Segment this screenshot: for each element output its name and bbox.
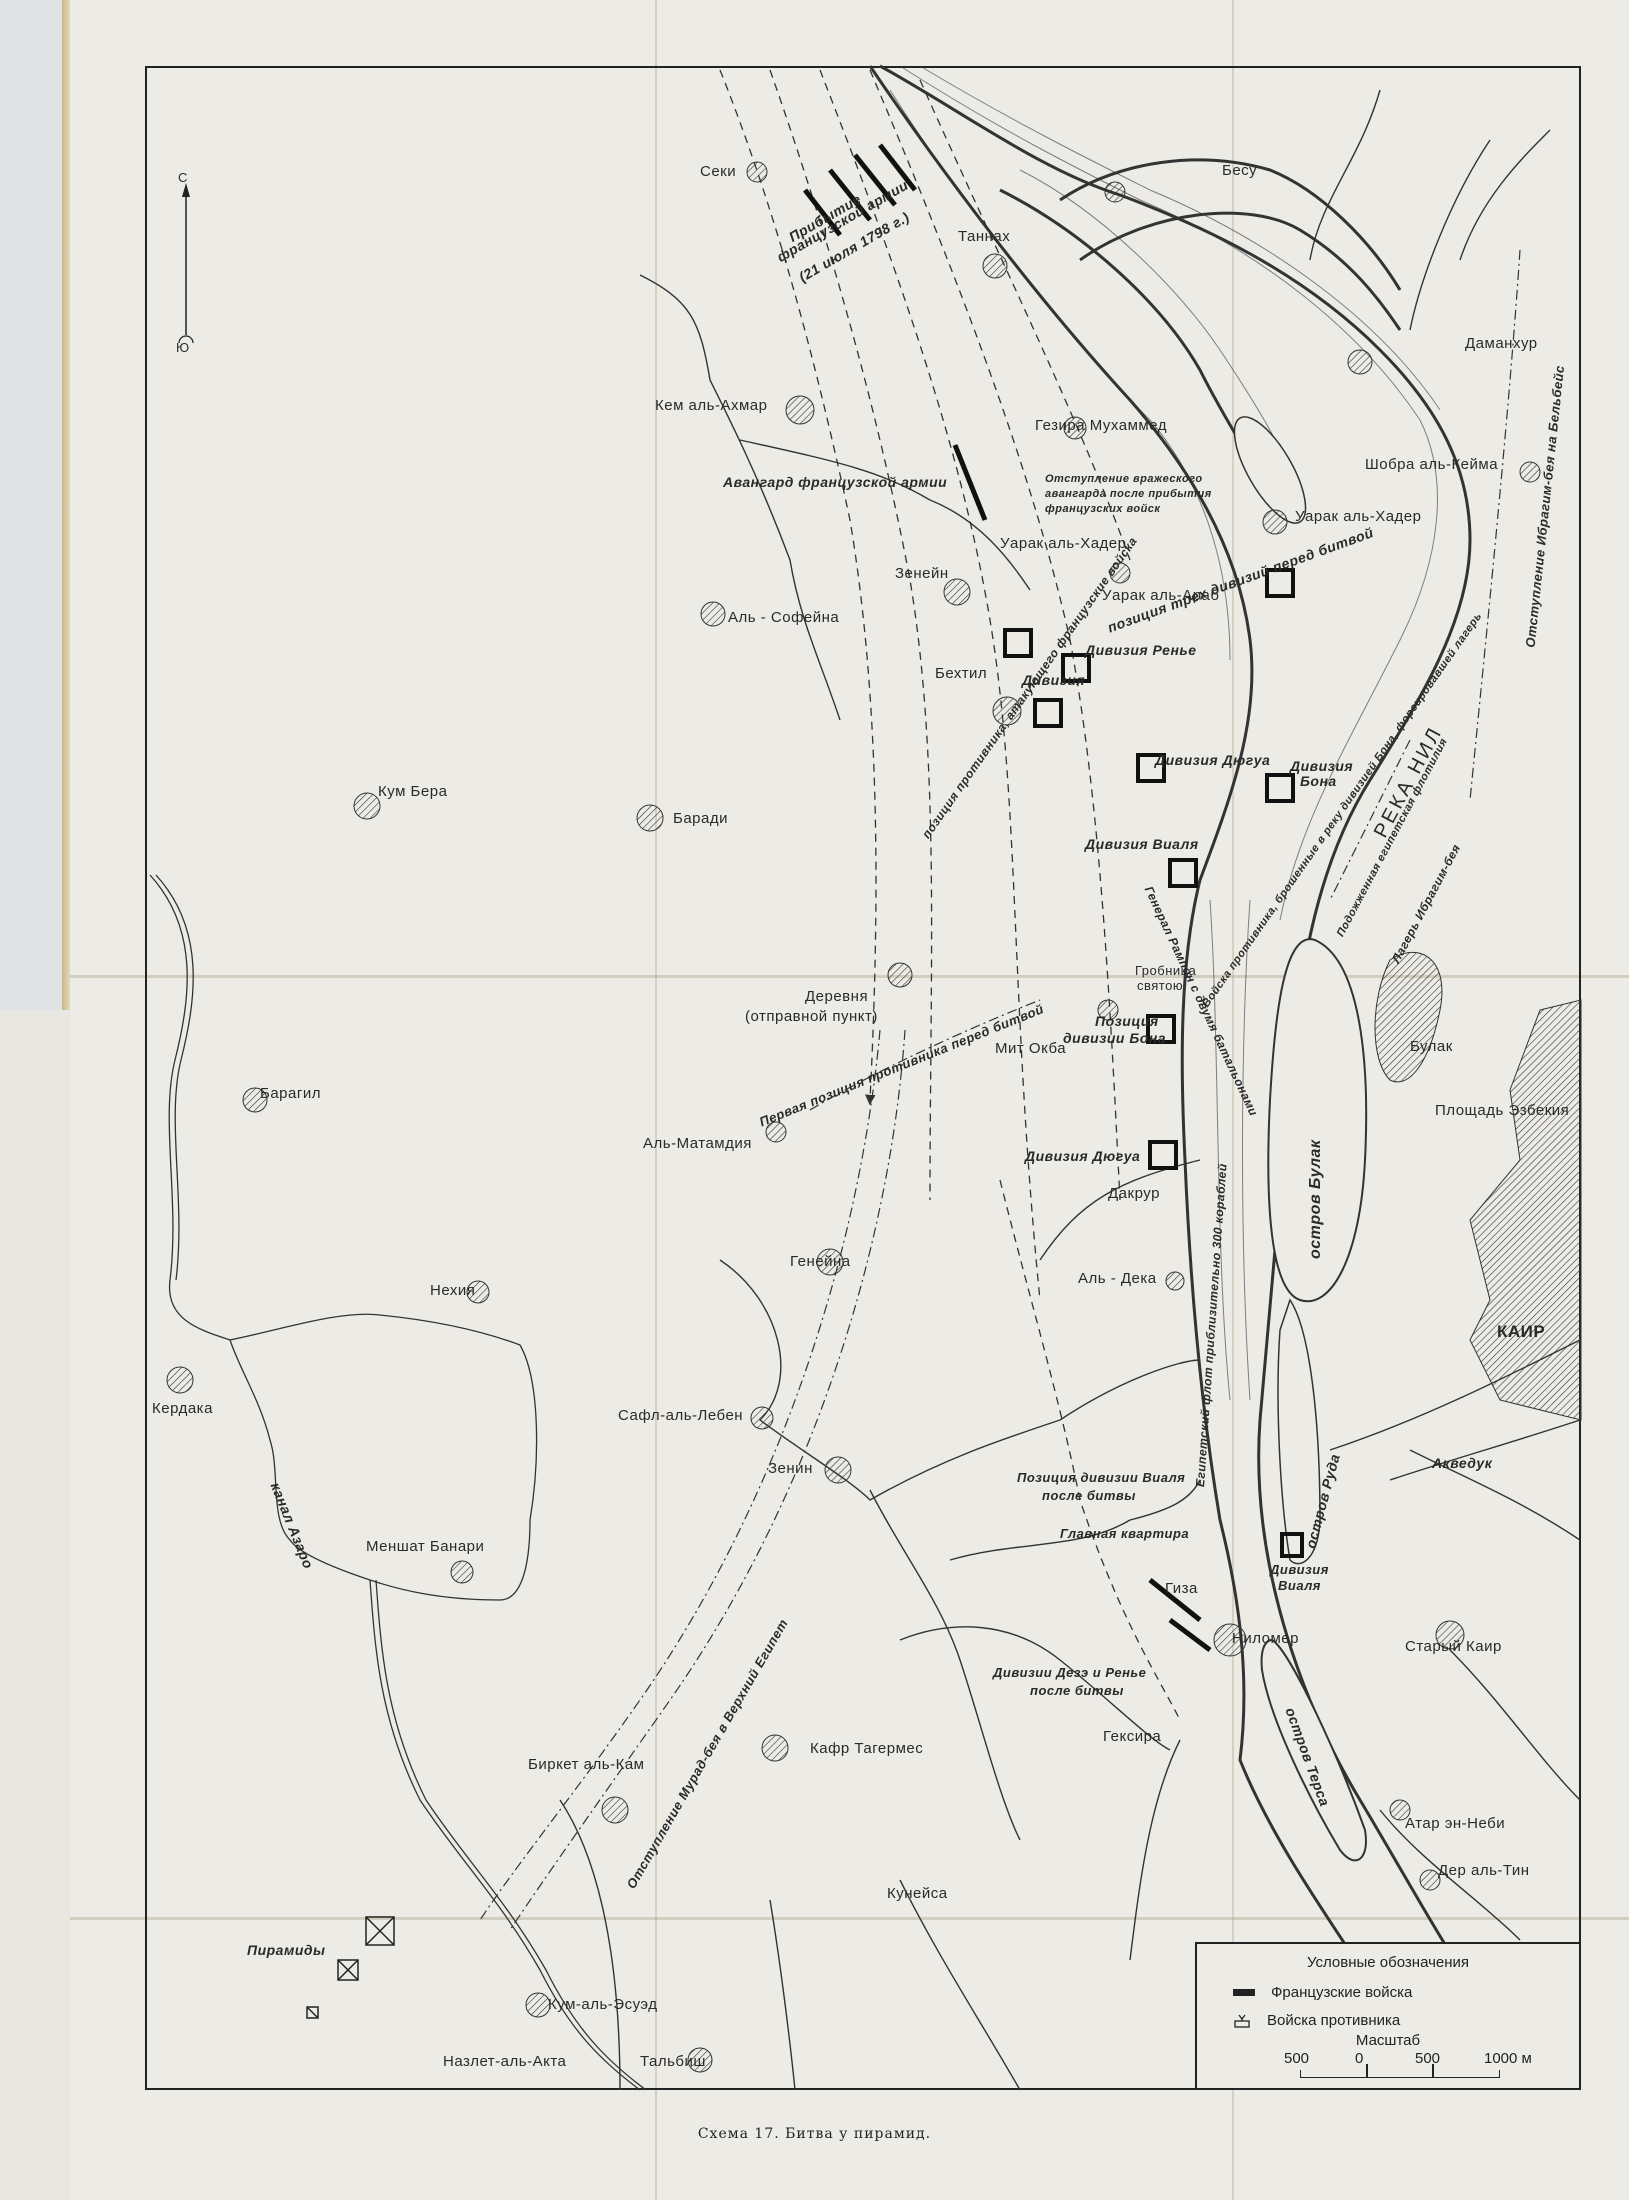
- annotation-position-bon: Позиция: [1095, 1013, 1159, 1029]
- place-label: Ниломер: [1232, 1630, 1299, 1647]
- annotation-tomb: Гробница: [1135, 963, 1196, 978]
- place-label: Аль-Матамдия: [643, 1135, 752, 1152]
- place-label: Уарак аль-Хадер: [1295, 508, 1421, 525]
- legend-item-enemy: Войска противника: [1233, 2012, 1400, 2029]
- nile-branch: [1000, 160, 1400, 500]
- annotation-vanguard: Авангард французской армии: [723, 474, 947, 490]
- place-label: Зенейн: [895, 565, 949, 582]
- place-label: Площадь Эзбекия: [1435, 1102, 1569, 1119]
- place-label-pyramids: Пирамиды: [247, 1942, 325, 1958]
- place-label: Старый Каир: [1405, 1638, 1502, 1655]
- place-label: Мит Окба: [995, 1040, 1066, 1057]
- compass-south-label: Ю: [176, 340, 190, 355]
- pyramids: [307, 1917, 394, 2018]
- place-label: Гиза: [1165, 1580, 1198, 1597]
- compass-icon: [176, 175, 196, 355]
- place-label: Деревня: [805, 988, 868, 1005]
- place-label: Бехтил: [935, 665, 987, 682]
- annotation-desaix-renier: Дивизии Дезэ и Ренье: [993, 1665, 1146, 1680]
- legend-item-french: Французские войска: [1233, 1984, 1412, 2001]
- place-label: Тальбиш: [640, 2053, 706, 2070]
- legend-title: Условные обозначения: [1197, 1954, 1579, 1971]
- annotation-vial-after: Позиция дивизии Виаля: [1017, 1470, 1185, 1485]
- annotation-position-bon: дивизии Бона: [1063, 1030, 1166, 1046]
- annotation-division: Дивизия: [1290, 758, 1353, 774]
- island-label: остров Булак: [1307, 1139, 1325, 1259]
- place-label: Назлет-аль-Акта: [443, 2053, 566, 2070]
- place-label: Кердака: [152, 1400, 213, 1417]
- bulak-town: [1375, 952, 1442, 1082]
- scale-tick: 0: [1355, 2050, 1363, 2067]
- place-label: Зенин: [768, 1460, 813, 1477]
- annotation-enemy-retreat: Отступление вражеского: [1045, 473, 1203, 485]
- annotation-desaix-renier: после битвы: [1030, 1683, 1124, 1698]
- place-label: Гексира: [1103, 1728, 1161, 1745]
- place-label: Кафр Тагермес: [810, 1740, 923, 1757]
- place-label-cairo: КАИР: [1497, 1322, 1545, 1342]
- place-label: Генейна: [790, 1253, 851, 1270]
- nile-river: [870, 66, 1520, 2060]
- place-label: Биркет аль-Кам: [528, 1756, 644, 1773]
- place-label: Бесу: [1222, 162, 1257, 179]
- place-label: Баради: [673, 810, 728, 827]
- place-label: Сафл-аль-Лебен: [618, 1407, 743, 1424]
- annotation-enemy-retreat: французских войск: [1045, 503, 1160, 515]
- scale-ticks: 500 0 500 1000 м: [1284, 2050, 1564, 2064]
- place-label: (отправной пункт): [745, 1008, 878, 1025]
- legend-item-label: Войска противника: [1267, 2012, 1400, 2029]
- place-label: Дер аль-Тин: [1438, 1862, 1530, 1879]
- place-label: Даманхур: [1465, 335, 1538, 352]
- annotation-division: Бона: [1300, 773, 1337, 789]
- place-label: Барагил: [260, 1085, 321, 1102]
- place-label: Уарак аль-Хадер: [1000, 535, 1126, 552]
- place-label: Аль - Софейна: [728, 609, 839, 626]
- french-troops-icon: [1233, 1989, 1255, 1996]
- annotation-division: Дивизия Ренье: [1085, 642, 1197, 658]
- place-label: Кунейса: [887, 1885, 948, 1902]
- legend-item-label: Французские войска: [1271, 1984, 1412, 2001]
- place-label: Кум-аль-Эсуэд: [548, 1996, 657, 2013]
- scale-title: Масштаб: [1197, 2032, 1579, 2049]
- scale-tick: 500: [1415, 2050, 1440, 2067]
- place-label: Кем аль-Ахмар: [655, 397, 767, 414]
- annotation-vial-after: после битвы: [1042, 1488, 1136, 1503]
- map-legend: Условные обозначения Французские войска …: [1195, 1942, 1581, 2090]
- place-label: Аль - Дека: [1078, 1270, 1157, 1287]
- scale-bar: [1300, 2070, 1500, 2078]
- cairo-city: [1470, 1000, 1581, 1420]
- scale-tick: 1000 м: [1484, 2050, 1532, 2067]
- annotation-division: Дивизия Виаля: [1085, 836, 1199, 852]
- annotation-division: Дивизия Дюгуа: [1025, 1148, 1140, 1164]
- place-label: Кум Бера: [378, 783, 447, 800]
- place-label: Шобра аль-Кейма: [1365, 456, 1498, 473]
- annotation-division: Виаля: [1278, 1578, 1321, 1593]
- scale-tick: 500: [1284, 2050, 1309, 2067]
- place-label: Секи: [700, 163, 736, 180]
- annotation-tomb: святою: [1137, 978, 1183, 993]
- compass-north-label: С: [178, 170, 188, 185]
- french-division-squares: [1005, 570, 1302, 1556]
- place-label: Дакрур: [1108, 1185, 1160, 1202]
- annotation-enemy-retreat: авангарда после прибытия: [1045, 488, 1212, 500]
- map-caption: Схема 17. Битва у пирамид.: [0, 2126, 1629, 2142]
- annotation-division: Дивизия: [1270, 1562, 1329, 1577]
- place-label: Таннах: [958, 228, 1010, 245]
- roads: [560, 90, 1580, 2090]
- place-label: Акведук: [1432, 1455, 1492, 1471]
- place-label: Гезира Мухаммед: [1035, 417, 1167, 434]
- place-label: Атар эн-Неби: [1405, 1815, 1505, 1832]
- place-label: Нехия: [430, 1282, 475, 1299]
- enemy-troops-icon: [1233, 2014, 1251, 2028]
- place-label: Меншат Банари: [366, 1538, 484, 1555]
- annotation-headquarters: Главная квартира: [1060, 1526, 1189, 1541]
- annotation-division: Дивизия Дюгуа: [1155, 752, 1270, 768]
- place-label: Булак: [1410, 1038, 1453, 1055]
- azaro-canal: [150, 875, 646, 2090]
